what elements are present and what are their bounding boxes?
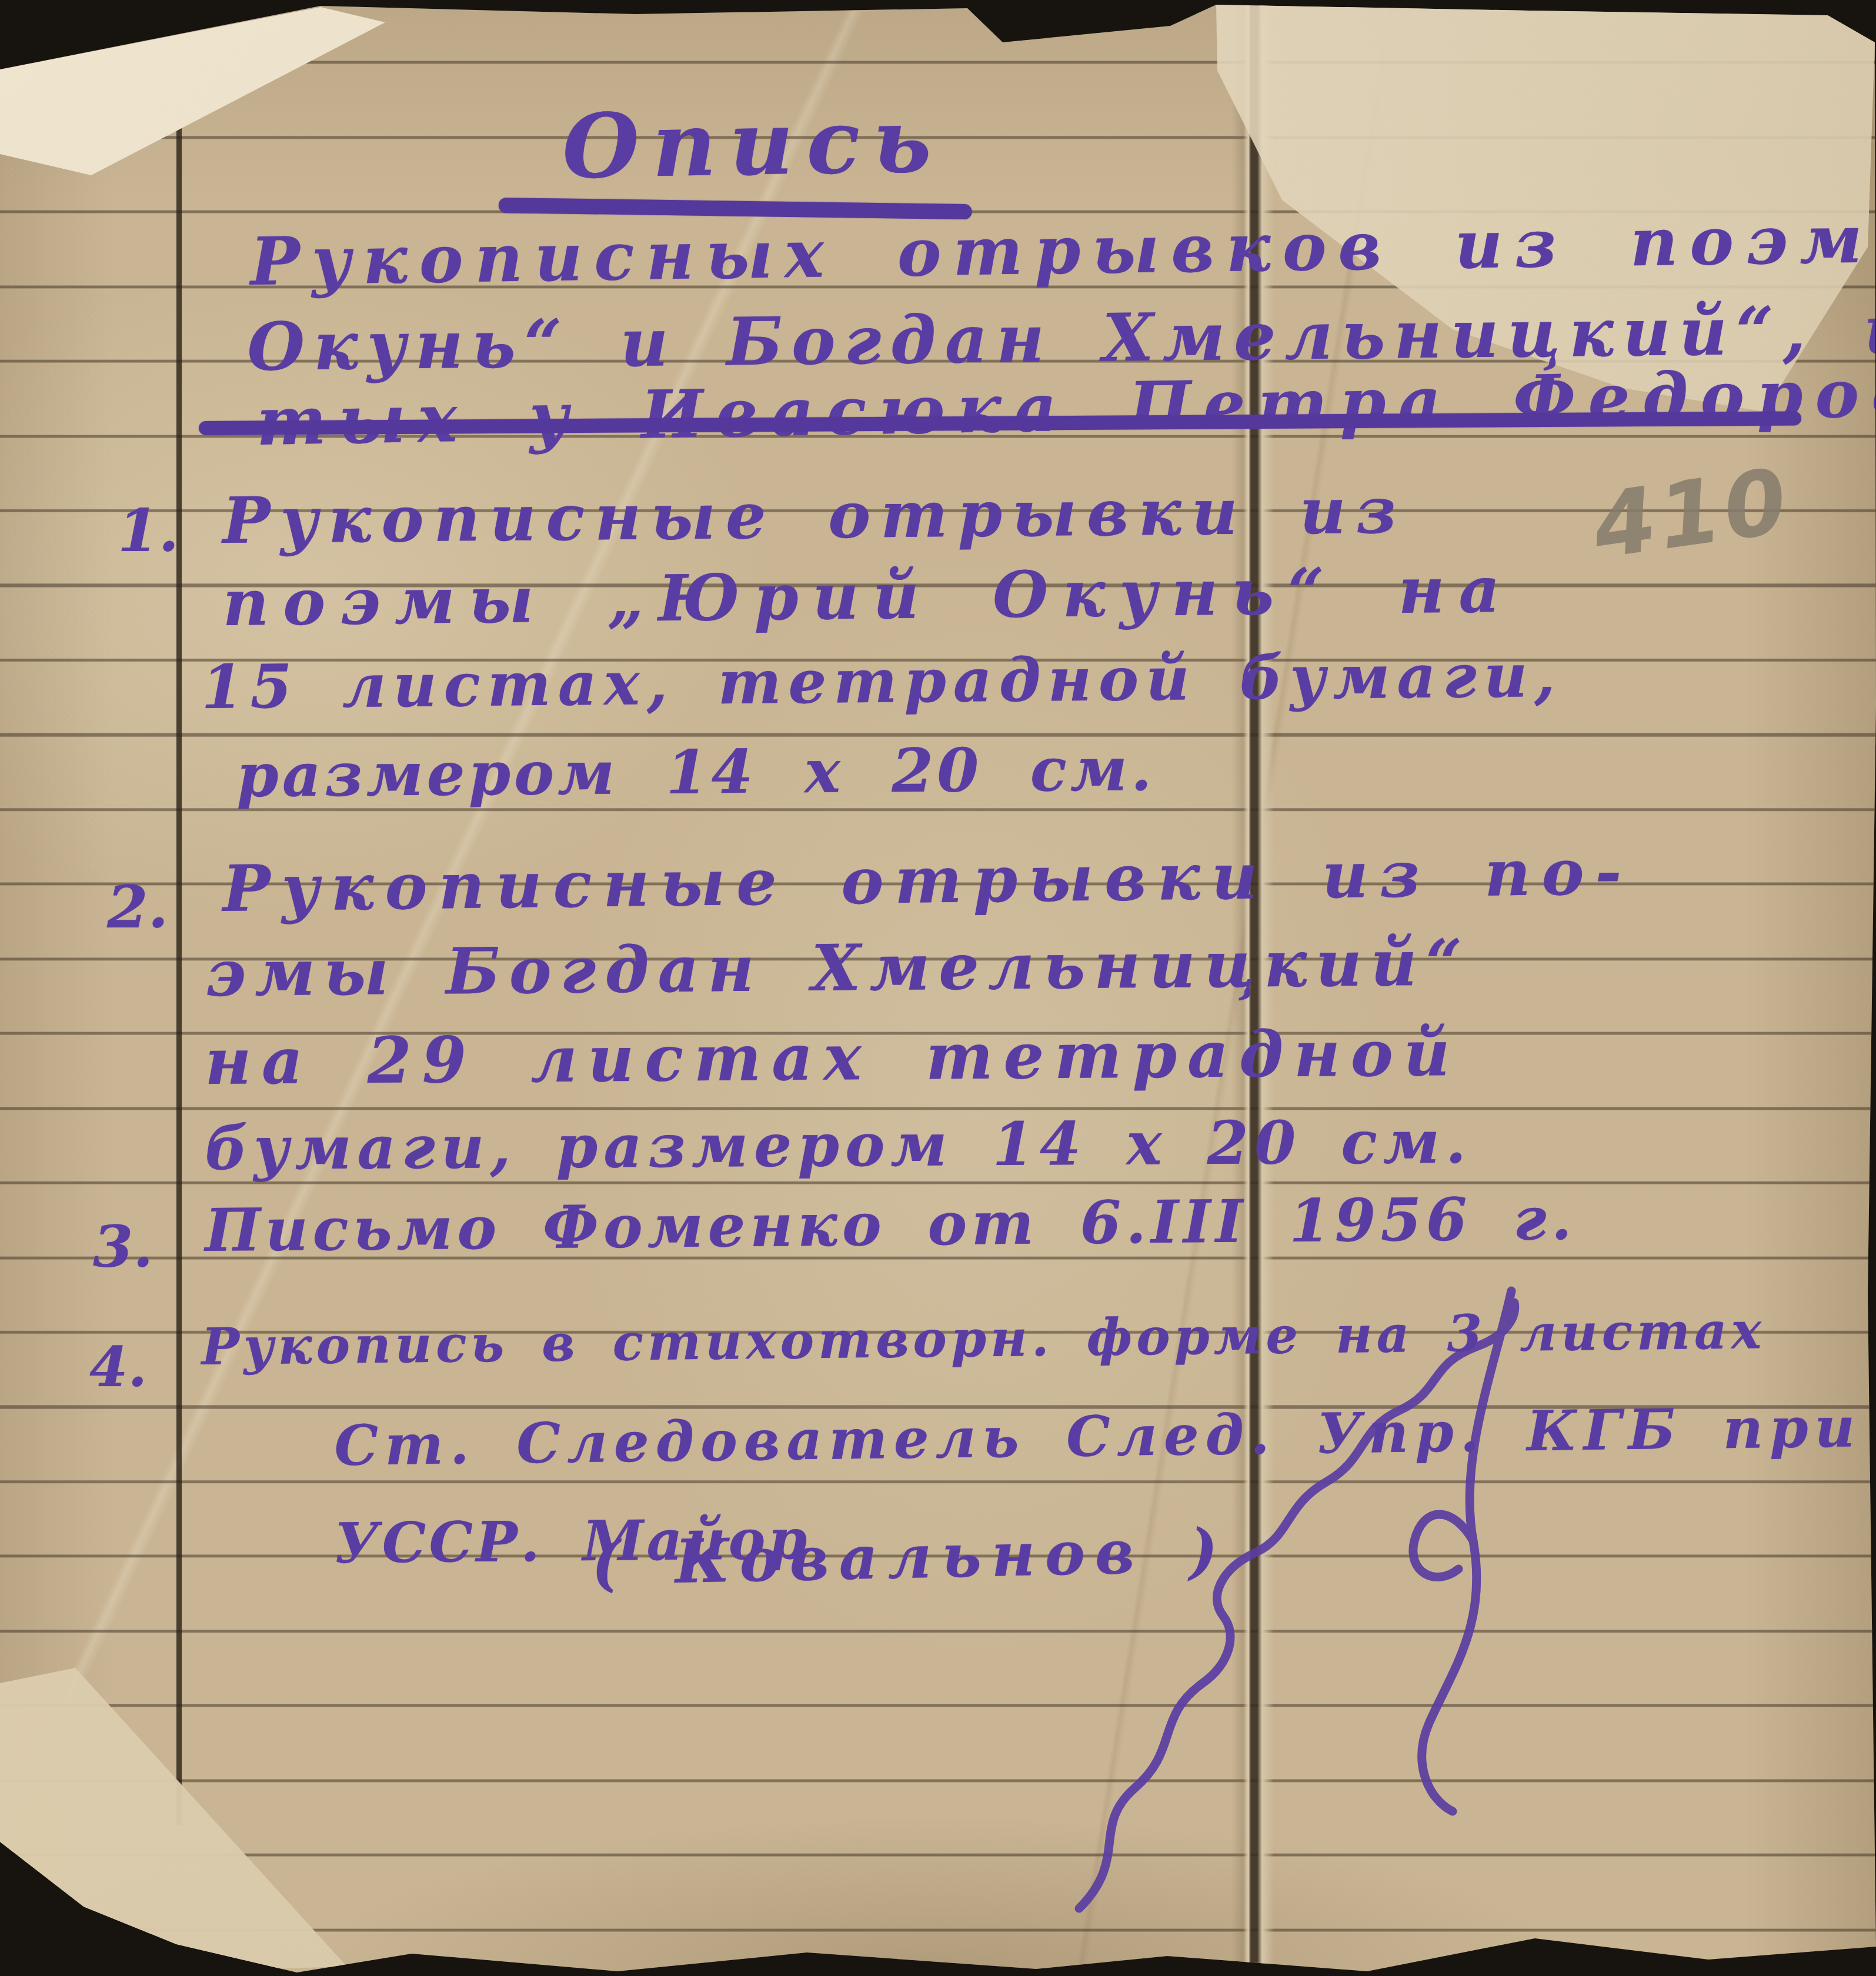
scan-background: Опись Рукописных отрывков из поэм „Юрий … [0, 0, 1876, 1976]
document-page: Опись Рукописных отрывков из поэм „Юрий … [0, 0, 1876, 1976]
signature-scribble [0, 0, 1876, 1976]
